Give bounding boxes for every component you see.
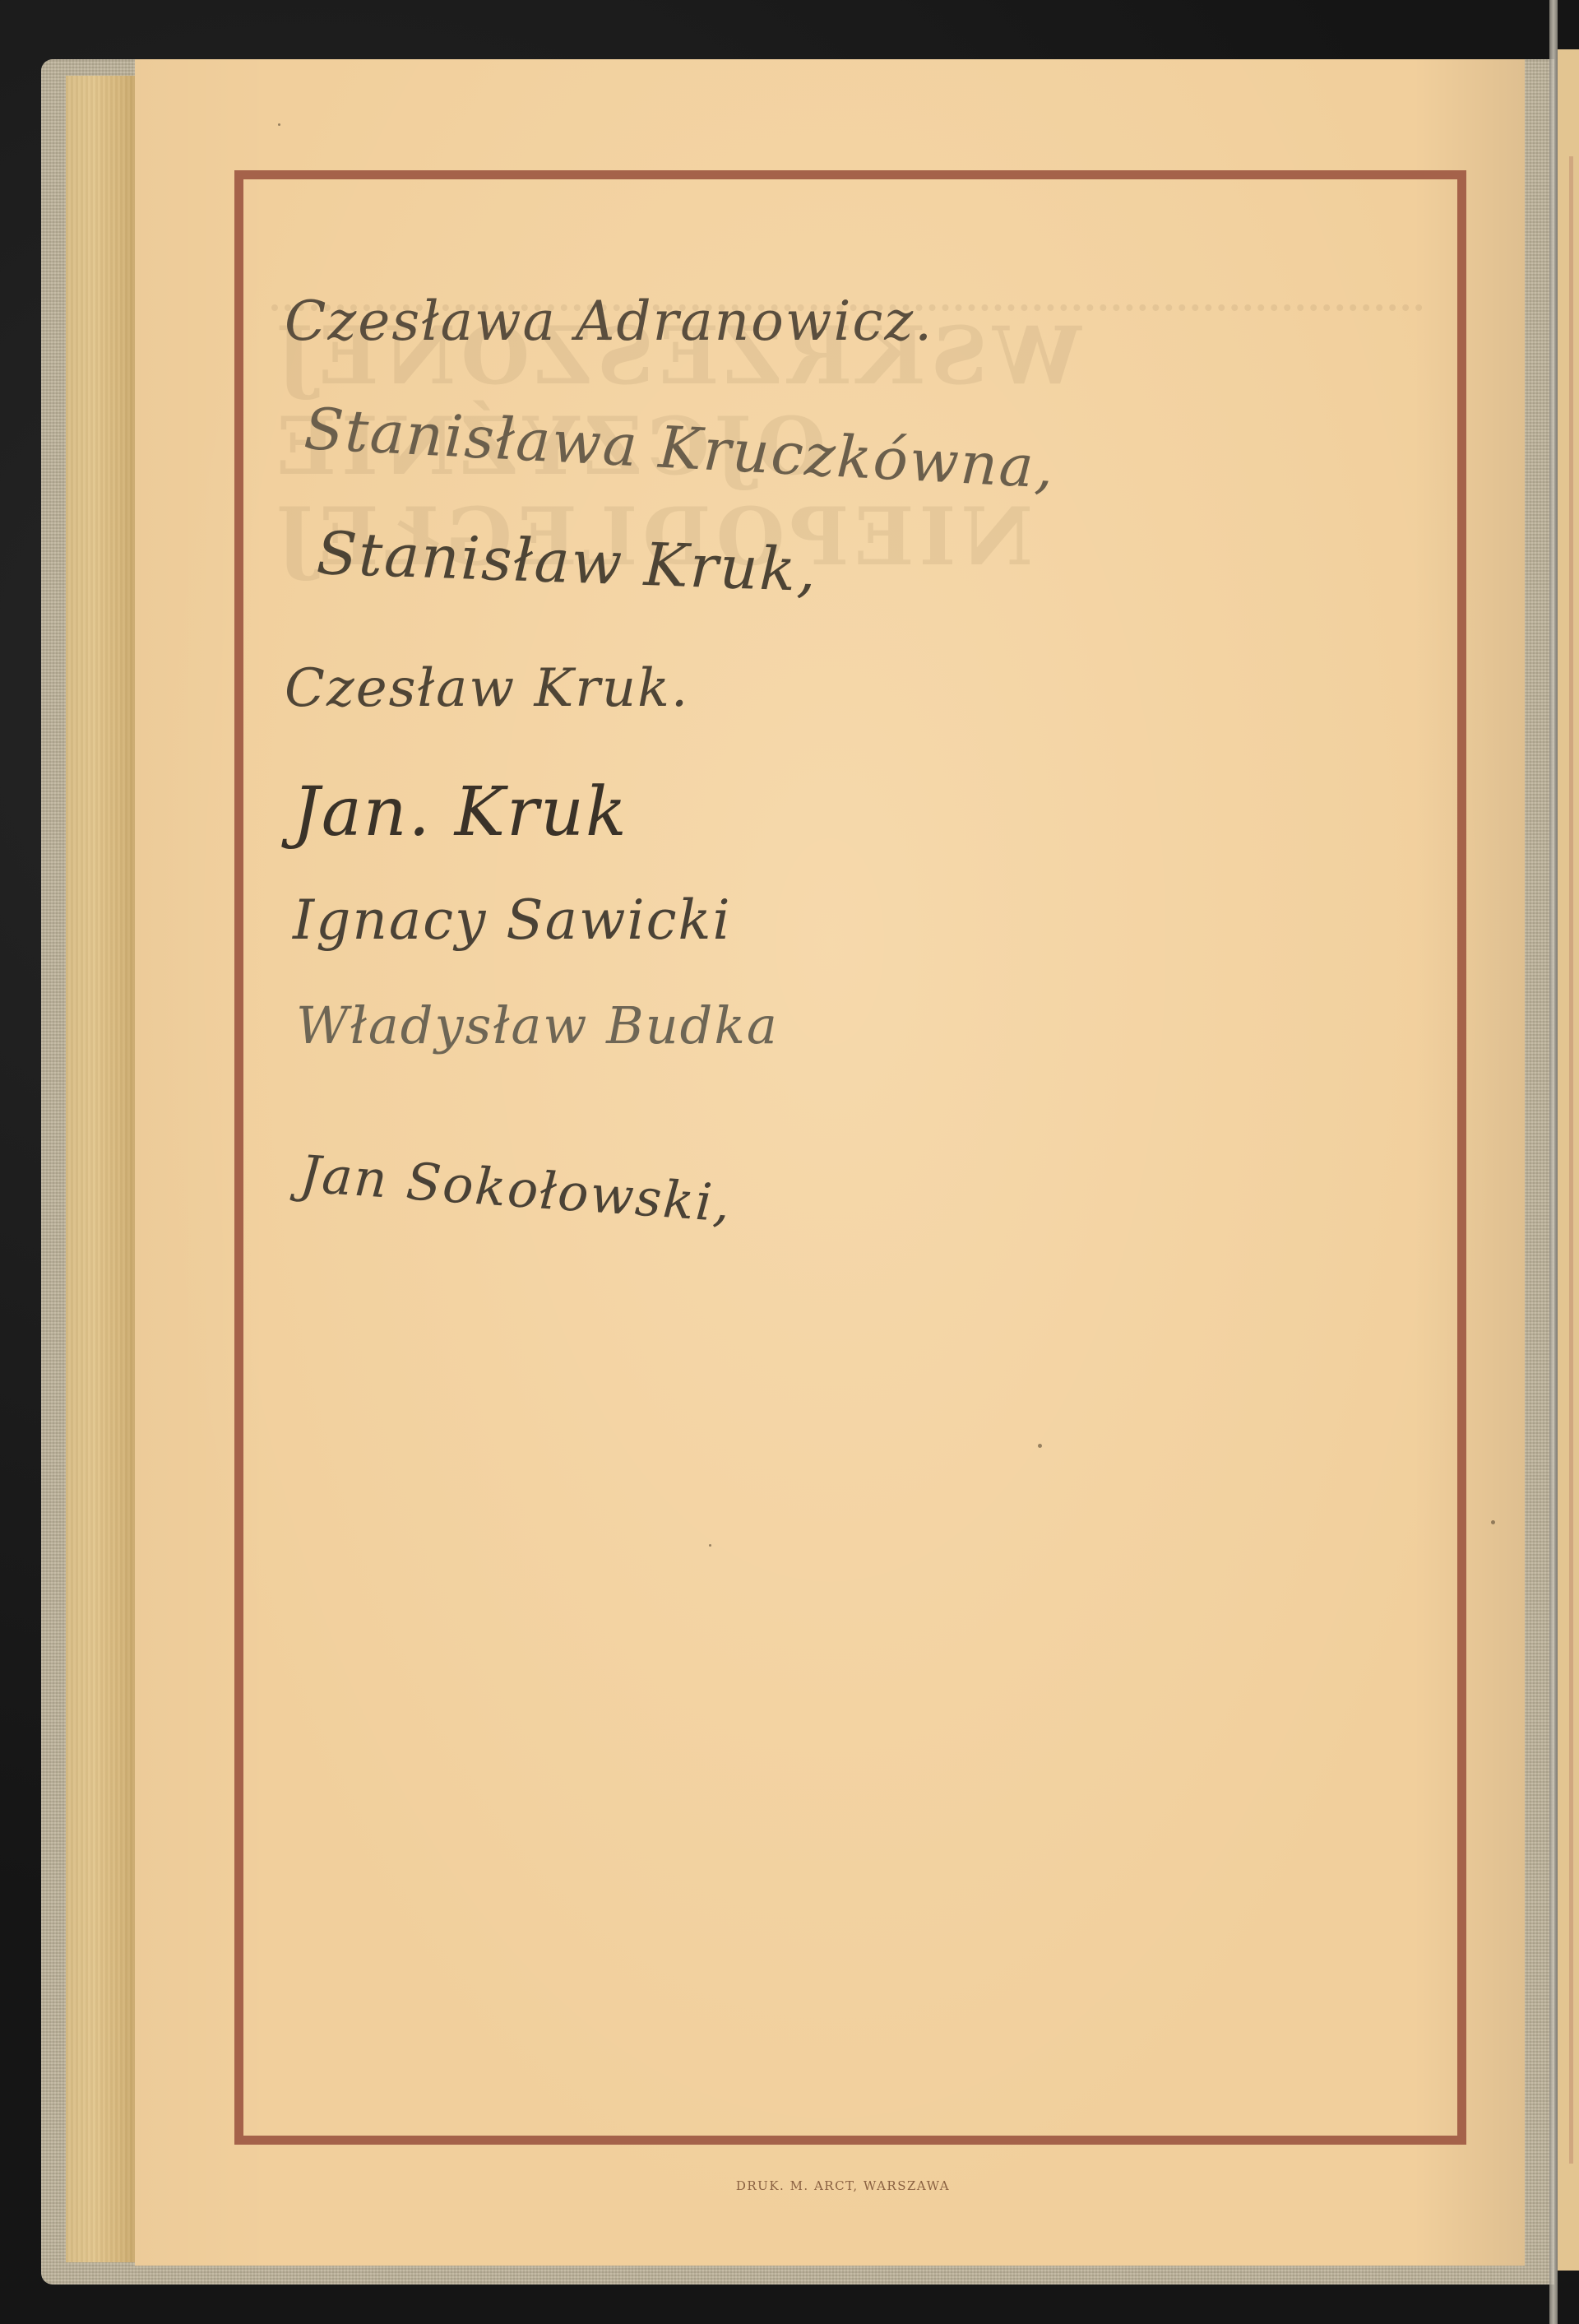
handwritten-name-list: Czesława Adranowicz. Stanisława Kruczków… (0, 0, 1579, 2324)
handwritten-name: Czesława Adranowicz. (285, 290, 933, 353)
paper-speck (278, 123, 280, 126)
handwritten-name: Jan Sokołowski, (298, 1143, 733, 1233)
printer-imprint: DRUK. M. ARCT, WARSZAWA (0, 2178, 1579, 2193)
handwritten-name: Czesław Kruk. (285, 658, 689, 719)
handwritten-name: Ignacy Sawicki (293, 888, 732, 952)
handwritten-name: Stanisława Kruczkówna, (303, 395, 1057, 502)
paper-speck (1491, 1520, 1495, 1524)
handwritten-name: Stanisław Kruk, (316, 518, 819, 605)
paper-speck (1038, 1444, 1042, 1448)
paper-speck (709, 1544, 711, 1547)
handwritten-name: Jan. Kruk (293, 773, 628, 851)
handwritten-name: Władysław Budka (296, 995, 779, 1055)
